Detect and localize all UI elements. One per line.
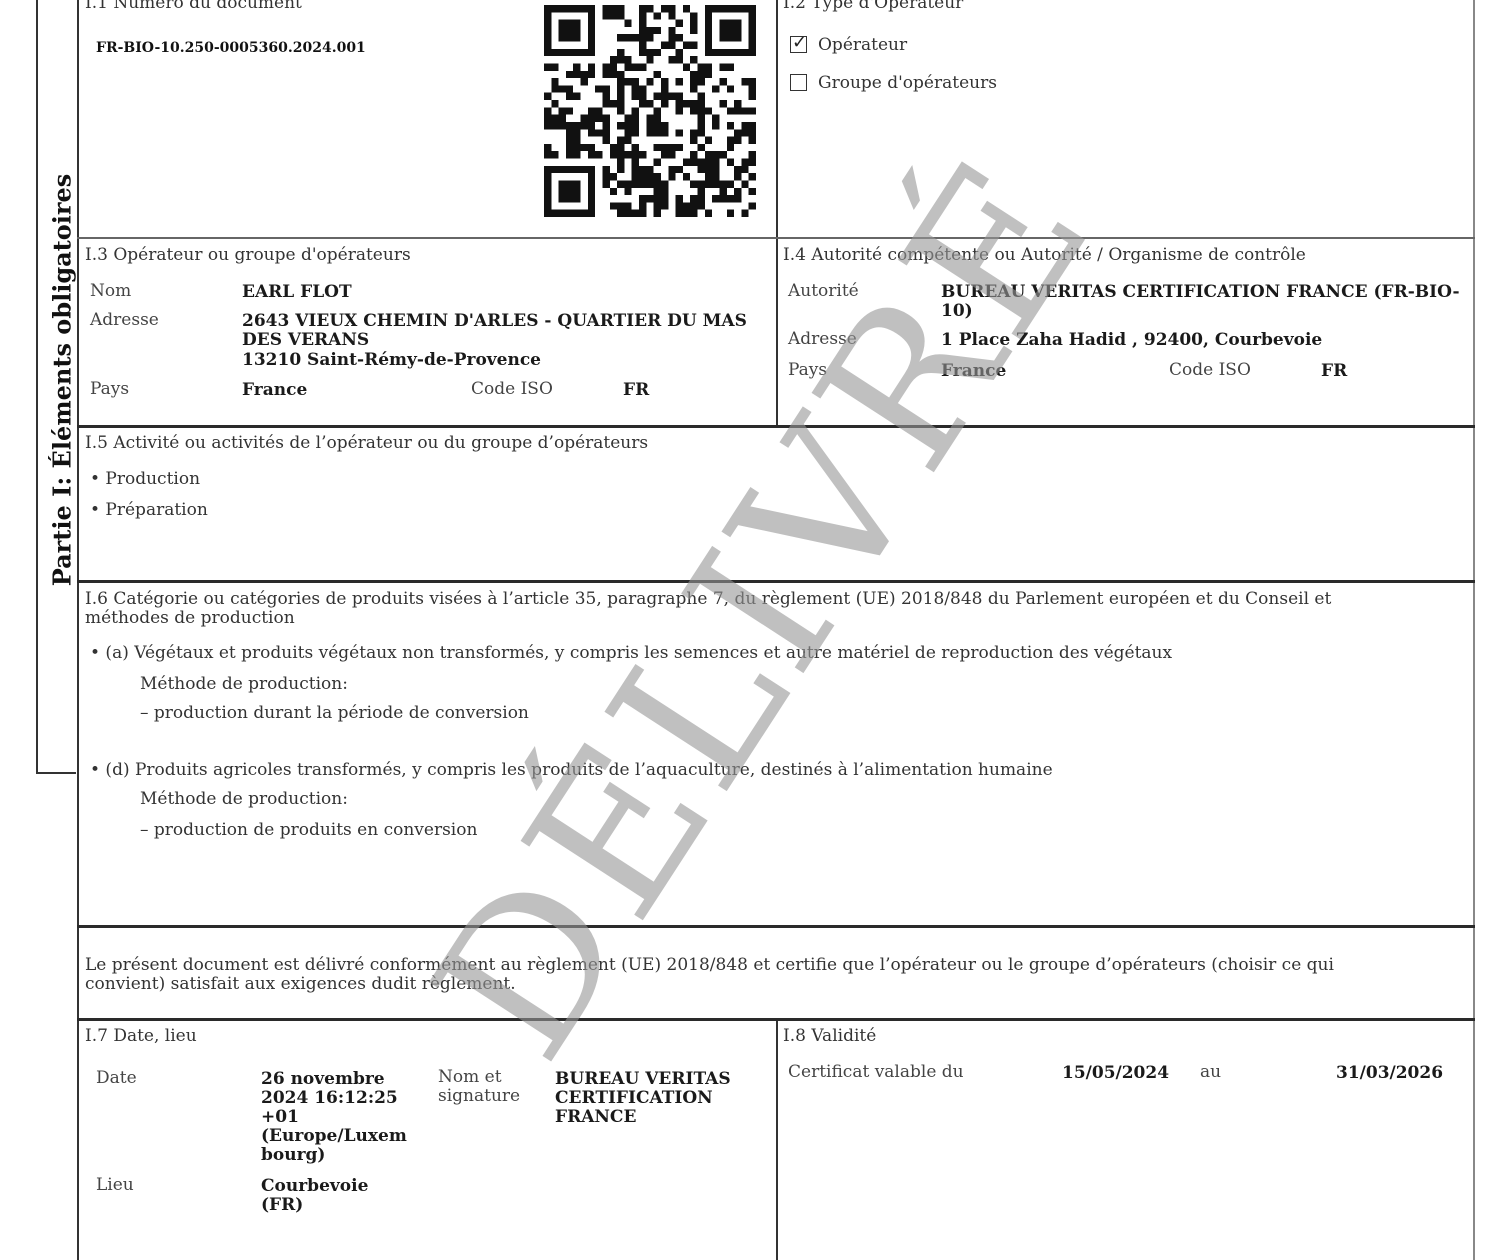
authority-name-line1: BUREAU VERITAS CERTIFICATION FRANCE (FR-… [941, 283, 1460, 302]
divider-row2 [77, 425, 1475, 428]
operator-address-line1: 2643 VIEUX CHEMIN D'ARLES - QUARTIER DU … [242, 312, 747, 331]
document-number: FR-BIO-10.250-0005360.2024.001 [96, 40, 366, 56]
divider-bottom-middle [776, 1020, 778, 1260]
section-i4-title: I.4 Autorité compétente ou Autorité / Or… [783, 245, 1306, 265]
validity-from: 15/05/2024 [1062, 1064, 1169, 1083]
lieu-value: Courbevoie (FR) [261, 1177, 368, 1215]
issue-date: 26 novembre 2024 16:12:25 +01 (Europe/Lu… [261, 1070, 407, 1165]
divider-row5 [77, 1018, 1475, 1021]
authority-address-label: Adresse [788, 329, 857, 349]
validity-label: Certificat valable du [788, 1062, 964, 1082]
authority-country-label: Pays [788, 360, 827, 380]
category-a: • (a) Végétaux et produits végétaux non … [90, 643, 1172, 663]
section-i8-title: I.8 Validité [783, 1026, 876, 1046]
authority-label: Autorité [788, 281, 859, 301]
divider-row3 [77, 580, 1475, 583]
category-d-method-label: Méthode de production: [140, 789, 348, 809]
checkbox-groupe-operateurs[interactable] [790, 74, 807, 91]
operator-address-label: Adresse [90, 310, 159, 330]
lieu-label: Lieu [96, 1175, 134, 1195]
statement-line1: Le présent document est délivré conformé… [85, 955, 1334, 975]
operator-address-line2: DES VERANS [242, 331, 369, 350]
category-d-method: – production de produits en conversion [140, 820, 477, 840]
section-i6-title-line1: I.6 Catégorie ou catégories de produits … [85, 589, 1331, 609]
validity-to: 31/03/2026 [1336, 1064, 1443, 1083]
category-a-method: – production durant la période de conver… [140, 703, 529, 723]
section-i5-title: I.5 Activité ou activités de l’opérateur… [85, 433, 648, 453]
divider-row1 [77, 237, 1475, 239]
operator-name-label: Nom [90, 281, 131, 301]
operator-iso: FR [623, 381, 649, 400]
statement-line2: convient) satisfait aux exigences dudit … [85, 974, 516, 994]
signature-label: Nom et signature [438, 1068, 520, 1106]
section-i1-title: I.1 Numéro du document [85, 0, 302, 13]
activity-item: • Préparation [90, 500, 208, 520]
checkbox-groupe-label: Groupe d'opérateurs [818, 73, 997, 93]
section-i2-title: I.2 Type d'Opérateur [783, 0, 963, 13]
operator-country-label: Pays [90, 379, 129, 399]
checkbox-operateur[interactable]: ✓ [790, 36, 807, 53]
divider-top-middle [776, 0, 778, 427]
operator-name: EARL FLOT [242, 283, 352, 302]
authority-name-line2: 10) [941, 302, 973, 321]
checkbox-operateur-label: Opérateur [818, 35, 907, 55]
frame-right-border [1473, 0, 1475, 1260]
authority-iso-label: Code ISO [1169, 360, 1251, 380]
date-label: Date [96, 1068, 137, 1088]
operator-iso-label: Code ISO [471, 379, 553, 399]
section-i7-title: I.7 Date, lieu [85, 1026, 197, 1046]
operator-address-line3: 13210 Saint-Rémy-de-Provence [242, 351, 541, 370]
check-icon: ✓ [792, 32, 807, 53]
qr-code-icon [544, 5, 756, 217]
validity-to-label: au [1200, 1062, 1221, 1082]
authority-country: France [941, 362, 1006, 381]
side-label: Partie I: Éléments obligatoires [48, 174, 77, 587]
divider-row4 [77, 925, 1475, 928]
authority-iso: FR [1321, 362, 1347, 381]
frame-left-border [77, 0, 79, 1260]
category-a-method-label: Méthode de production: [140, 674, 348, 694]
activity-item: • Production [90, 469, 200, 489]
section-i6-title-line2: méthodes de production [85, 608, 295, 628]
section-i3-title: I.3 Opérateur ou groupe d'opérateurs [85, 245, 411, 265]
signature-value: BUREAU VERITAS CERTIFICATION FRANCE [555, 1070, 731, 1127]
category-d: • (d) Produits agricoles transformés, y … [90, 760, 1053, 780]
authority-address: 1 Place Zaha Hadid , 92400, Courbevoie [941, 331, 1322, 350]
operator-country: France [242, 381, 307, 400]
